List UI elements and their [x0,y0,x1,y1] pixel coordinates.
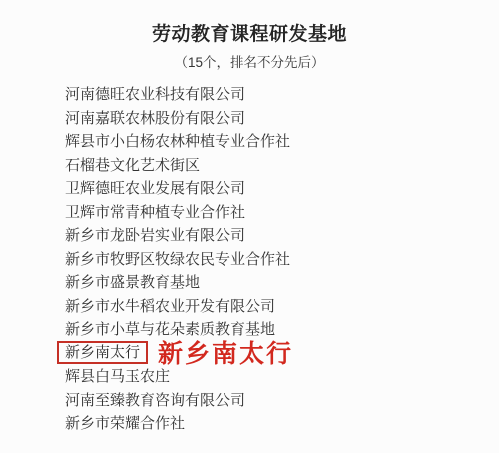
highlight-annotation: 新乡南太行 [158,334,293,370]
page-subtitle: （15个，排名不分先后） [0,54,499,71]
highlight-box: 新乡南太行 [57,341,148,364]
list-item: 新乡市盛景教育基地 [65,270,499,294]
list-item: 新乡市龙卧岩实业有限公司 [65,223,499,247]
list-item: 河南德旺农业科技有限公司 [65,82,499,106]
list-item: 河南嘉联农林股份有限公司 [65,106,499,130]
document-page: 劳动教育课程研发基地 （15个，排名不分先后） 河南德旺农业科技有限公司河南嘉联… [0,0,499,453]
base-list: 河南德旺农业科技有限公司河南嘉联农林股份有限公司辉县市小白杨农林种植专业合作社石… [65,82,499,435]
list-item: 新乡南太行新乡南太行 [65,341,499,365]
list-item: 河南至臻教育咨询有限公司 [65,388,499,412]
list-item: 辉县市小白杨农林种植专业合作社 [65,129,499,153]
list-item: 新乡市水牛稻农业开发有限公司 [65,294,499,318]
page-title: 劳动教育课程研发基地 [0,24,499,46]
list-item: 石榴巷文化艺术街区 [65,153,499,177]
list-item: 新乡市荣耀合作社 [65,411,499,435]
list-item: 新乡市牧野区牧绿农民专业合作社 [65,247,499,271]
list-item: 卫辉德旺农业发展有限公司 [65,176,499,200]
list-item: 卫辉市常青种植专业合作社 [65,200,499,224]
